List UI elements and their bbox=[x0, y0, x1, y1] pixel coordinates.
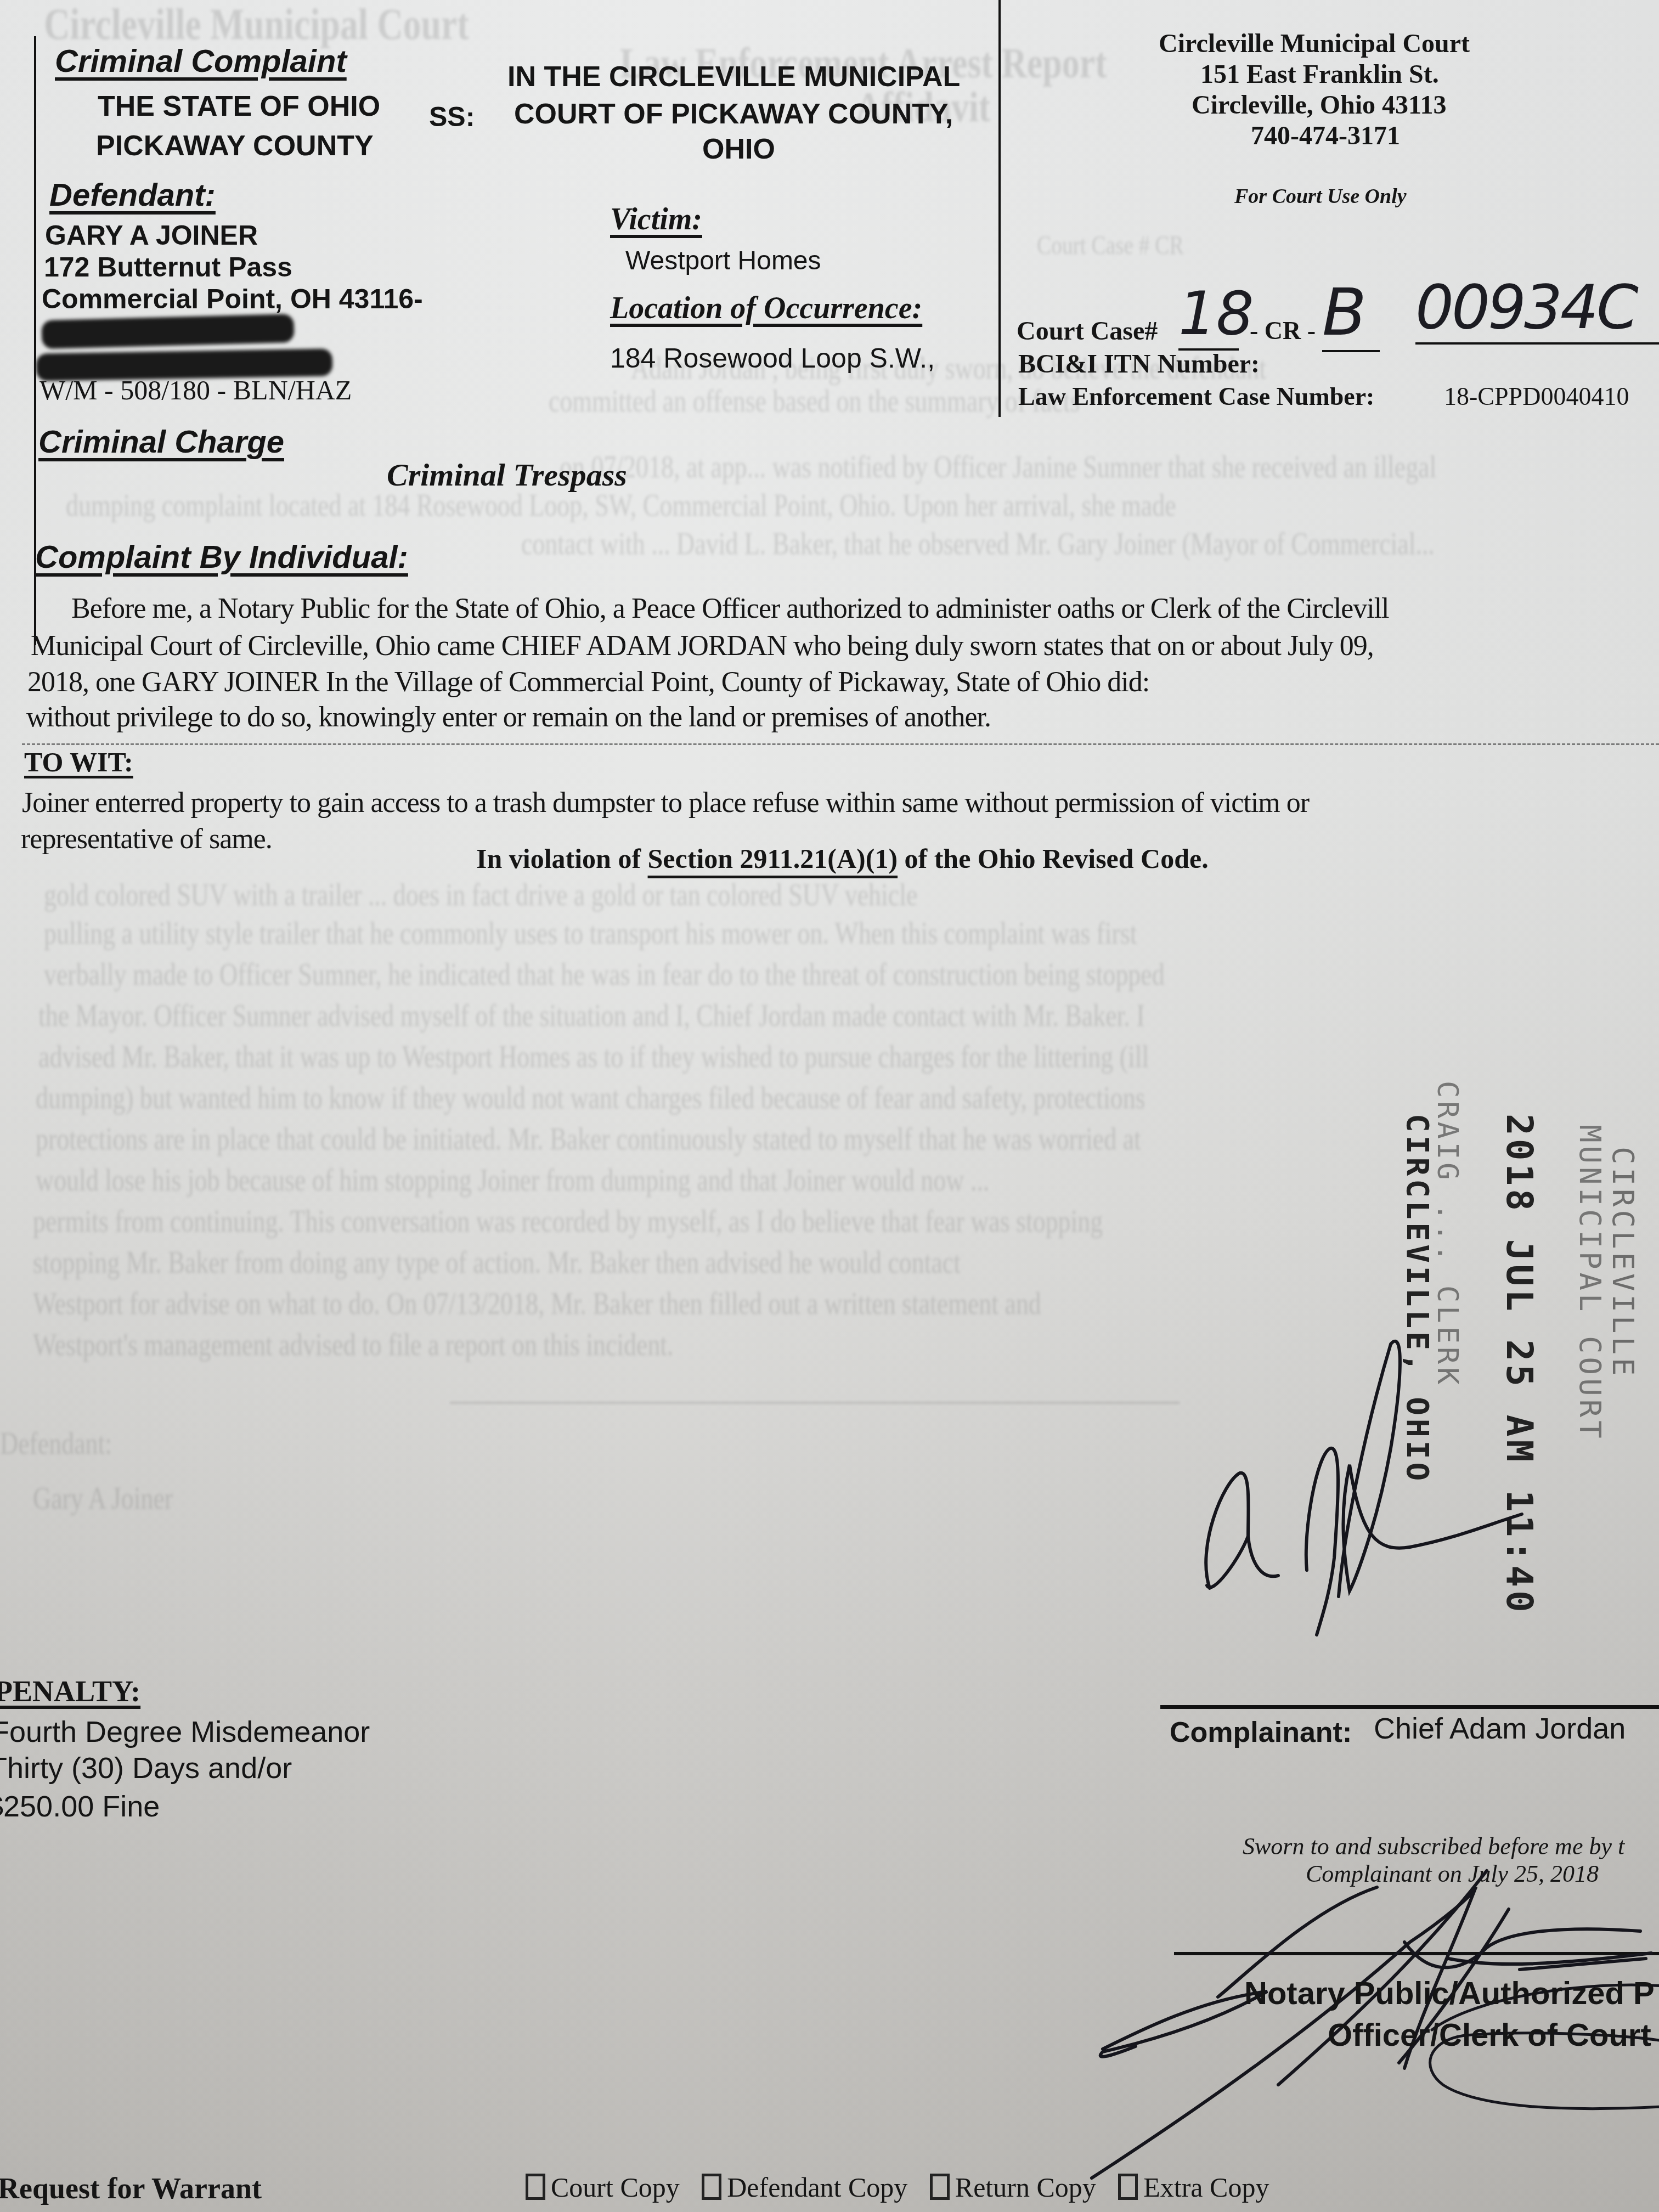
complainant-name: Chief Adam Jordan bbox=[1374, 1712, 1626, 1746]
court-use-only-label: For Court Use Only bbox=[1234, 184, 1407, 208]
checkbox-icon[interactable] bbox=[1118, 2174, 1138, 2200]
penalty-fine: $250.00 Fine bbox=[0, 1790, 160, 1824]
to-wit-line: Joiner enterred property to gain access … bbox=[22, 786, 1309, 821]
stamp-clerk: CRAIG ... CLERK bbox=[1431, 1081, 1464, 1388]
copy-label: Return Copy bbox=[955, 2172, 1096, 2203]
violation-prefix: In violation of bbox=[476, 843, 648, 874]
court-caption-line3: OHIO bbox=[702, 133, 775, 166]
ghost-line: pulling a utility style trailer that he … bbox=[44, 916, 1137, 951]
court-street: 151 East Franklin St. bbox=[1200, 59, 1439, 89]
column-divider bbox=[998, 0, 1001, 417]
complaint-line: Before me, a Notary Public for the State… bbox=[71, 591, 1389, 627]
bci-itn-label: BCI&I ITN Number: bbox=[1018, 349, 1260, 379]
complainant-signature bbox=[1180, 1448, 1659, 1723]
penalty-heading: PENALTY: bbox=[0, 1674, 140, 1708]
penalty-degree: Fourth Degree Misdemeanor bbox=[0, 1715, 370, 1749]
location-address: 184 Rosewood Loop S.W., bbox=[610, 342, 935, 374]
ghost-line: Gary A Joiner bbox=[33, 1481, 173, 1516]
checkbox-icon[interactable] bbox=[526, 2174, 545, 2200]
ghost-line: Defendant: bbox=[0, 1426, 112, 1462]
defendant-descriptors: W/M - 508/180 - BLN/HAZ bbox=[39, 374, 352, 406]
complaint-line: Municipal Court of Circleville, Ohio cam… bbox=[31, 629, 1374, 664]
ghost-line: stopping Mr. Baker from doing any type o… bbox=[33, 1245, 961, 1280]
section-divider bbox=[22, 743, 1659, 747]
complainant-signature-line bbox=[1160, 1705, 1659, 1709]
court-case-label: Court Case# bbox=[1017, 316, 1158, 346]
penalty-jail: Thirty (30) Days and/or bbox=[0, 1751, 292, 1785]
ghost-line: Court Case # CR bbox=[1037, 230, 1184, 261]
to-wit-label: TO WIT: bbox=[24, 746, 133, 778]
ghost-line: dumping complaint located at 184 Rosewoo… bbox=[66, 488, 1176, 523]
ghost-line: would lose his job because of him stoppi… bbox=[36, 1163, 989, 1198]
violation-statement: In violation of Section 2911.21(A)(1) of… bbox=[476, 843, 1209, 874]
copy-label: Defendant Copy bbox=[727, 2172, 907, 2203]
le-case-label: Law Enforcement Case Number: bbox=[1018, 382, 1374, 411]
stamp-court-line1: CIRCLEVILLE bbox=[1606, 1147, 1640, 1379]
copy-distribution: Court Copy Defendant Copy Return Copy Ex… bbox=[526, 2171, 1284, 2203]
court-phone: 740-474-3171 bbox=[1251, 121, 1400, 151]
county-label: PICKAWAY COUNTY bbox=[96, 129, 374, 162]
complaint-by-individual-heading: Complaint By Individual: bbox=[35, 539, 408, 575]
state-label: THE STATE OF OHIO bbox=[98, 90, 380, 123]
violation-suffix: of the Ohio Revised Code. bbox=[898, 843, 1209, 874]
defendant-address-1: 172 Butternut Pass bbox=[44, 251, 292, 283]
ghost-line: Westport for advise on what to do. On 07… bbox=[33, 1286, 1041, 1322]
ghost-line: verbally made to Officer Sumner, he indi… bbox=[44, 957, 1165, 992]
court-name: Circleville Municipal Court bbox=[1159, 29, 1470, 59]
violation-section: Section 2911.21(A)(1) bbox=[648, 843, 898, 874]
checkbox-icon[interactable] bbox=[930, 2174, 950, 2200]
case-cr-label: - CR - bbox=[1250, 316, 1316, 345]
victim-heading: Victim: bbox=[610, 202, 702, 237]
victim-name: Westport Homes bbox=[625, 246, 821, 276]
defendant-heading: Defendant: bbox=[49, 177, 216, 213]
stamp-court-line2: MUNICIPAL COURT bbox=[1573, 1125, 1607, 1442]
copy-option-return[interactable]: Return Copy bbox=[930, 2172, 1096, 2203]
ghost-line: dumping) but wanted him to know if they … bbox=[36, 1081, 1145, 1116]
ghost-line: gold colored SUV with a trailer ... does… bbox=[44, 878, 917, 913]
ghost-line: Westport's management advised to file a … bbox=[33, 1328, 674, 1363]
ss-label: SS: bbox=[429, 101, 475, 133]
defendant-name: GARY A JOINER bbox=[45, 219, 258, 251]
court-caption-line2: COURT OF PICKAWAY COUNTY, bbox=[514, 98, 953, 131]
request-for-warrant: Request for Warrant bbox=[0, 2171, 262, 2205]
copy-label: Extra Copy bbox=[1143, 2172, 1269, 2203]
copy-option-extra[interactable]: Extra Copy bbox=[1118, 2172, 1269, 2203]
copy-label: Court Copy bbox=[551, 2172, 680, 2203]
ghost-line: permits from continuing. This conversati… bbox=[33, 1204, 1103, 1239]
redacted-dob bbox=[41, 314, 294, 349]
copy-option-court[interactable]: Court Copy bbox=[526, 2172, 680, 2203]
location-heading: Location of Occurrence: bbox=[610, 291, 922, 326]
ghost-line: contact with ... David L. Baker, that he… bbox=[521, 527, 1435, 562]
to-wit-line: representative of same. bbox=[21, 822, 272, 857]
ghost-line: on 07/2018, at app... was notified by Of… bbox=[560, 450, 1436, 485]
stamp-city: CIRCLEVILLE, OHIO bbox=[1400, 1114, 1435, 1484]
complaint-line: without privilege to do so, knowingly en… bbox=[26, 700, 991, 735]
ghost-line: advised Mr. Baker, that it was up to Wes… bbox=[38, 1040, 1149, 1075]
defendant-address-2: Commercial Point, OH 43116- bbox=[42, 283, 423, 315]
ghost-line: the Mayor. Officer Sumner advised myself… bbox=[38, 998, 1145, 1034]
ghost-rule bbox=[450, 1402, 1180, 1404]
notary-title-line-1: Notary Public/Authorized P bbox=[1244, 1975, 1655, 2012]
criminal-charge-heading: Criminal Charge bbox=[38, 424, 284, 460]
complaint-line: 2018, one GARY JOINER In the Village of … bbox=[27, 665, 1149, 700]
case-year-handwritten: 18 bbox=[1178, 280, 1239, 351]
charge-name: Criminal Trespass bbox=[387, 456, 627, 493]
le-case-number: 18-CPPD0040410 bbox=[1444, 382, 1629, 411]
court-city: Circleville, Ohio 43113 bbox=[1192, 90, 1446, 120]
copy-option-defendant[interactable]: Defendant Copy bbox=[702, 2172, 907, 2203]
notary-title-line-2: Officer/Clerk of Court bbox=[1328, 2017, 1651, 2053]
ghost-line: protections are in place that could be i… bbox=[36, 1122, 1141, 1157]
checkbox-icon[interactable] bbox=[702, 2174, 721, 2200]
complainant-label: Complainant: bbox=[1170, 1716, 1352, 1749]
case-number-handwritten: 00934C bbox=[1415, 272, 1659, 345]
form-title: Criminal Complaint bbox=[55, 43, 347, 80]
court-caption-line1: IN THE CIRCLEVILLE MUNICIPAL bbox=[507, 60, 960, 93]
case-letter-handwritten: B bbox=[1322, 274, 1380, 352]
